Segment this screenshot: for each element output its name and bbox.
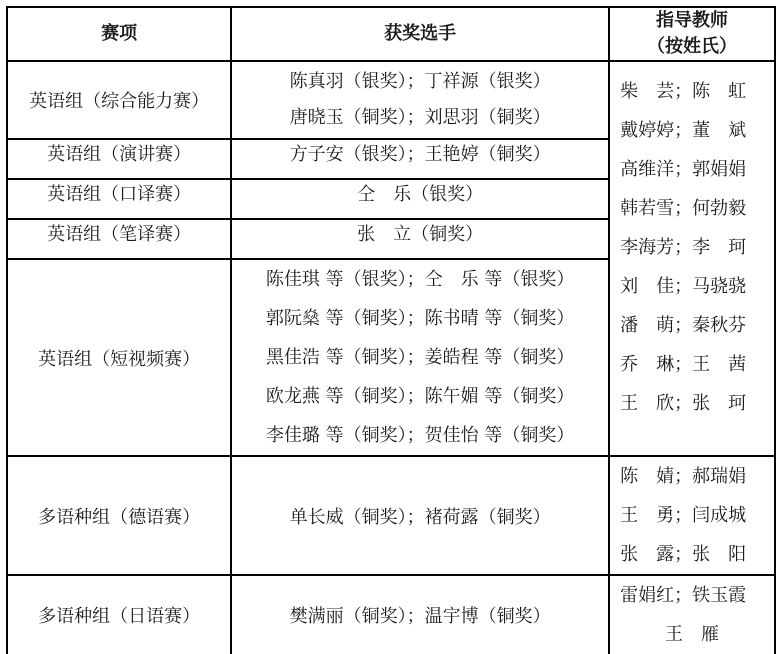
event-cell: 英语组（口译赛） [7,179,231,219]
header-winners: 获奖选手 [231,7,609,61]
table-row: 多语种组（德语赛） 单长威（铜奖）；褚荷露（铜奖） 陈 婧；郝瑞娟 王 勇；闫成… [7,456,775,575]
teachers-cell-japanese: 雷娟红；铁玉霞 王 雁 [609,575,775,654]
awards-table: 赛项 获奖选手 指导教师 （按姓氏） 英语组（综合能力赛） 陈真羽（银奖）；丁祥… [6,6,776,654]
winners-cell: 樊满丽（铜奖）；温宇博（铜奖） [231,575,609,654]
teacher-line: 王 欣；张 珂 [620,384,774,423]
winner-line: 陈真羽（银奖）；丁祥源（银奖） [232,64,608,100]
event-cell: 英语组（短视频赛） [7,259,231,456]
teacher-line: 陈 婧；郝瑞娟 [620,457,774,496]
teacher-line: 王 雁 [620,615,774,654]
winners-cell: 方子安（银奖）；王艳婷（铜奖） [231,139,609,179]
teacher-line: 潘 萌；秦秋芬 [620,306,774,345]
teacher-line: 高维洋；郭娟娟 [620,150,774,189]
header-teachers: 指导教师 （按姓氏） [609,7,775,61]
winner-line: 黑佳浩 等（铜奖）；姜皓程 等（铜奖） [232,338,608,377]
winner-line: 陈佳琪 等（银奖）；仝 乐 等（银奖） [232,260,608,299]
winners-cell: 张 立（铜奖） [231,219,609,259]
winner-line: 郭阮燊 等（铜奖）；陈书晴 等（铜奖） [232,299,608,338]
teacher-line: 李海芳；李 珂 [620,228,774,267]
winner-line: 唐晓玉（铜奖）；刘思羽（铜奖） [232,100,608,136]
teacher-line: 王 勇；闫成城 [620,496,774,535]
teacher-line: 韩若雪；何勃毅 [620,189,774,228]
event-cell: 多语种组（德语赛） [7,456,231,575]
teacher-line: 乔 琳；王 茜 [620,345,774,384]
header-teachers-title: 指导教师 [610,8,774,34]
event-cell: 英语组（综合能力赛） [7,61,231,139]
teacher-line: 刘 佳；马骁骁 [620,267,774,306]
teacher-line: 戴婷婷；董 斌 [620,111,774,150]
winners-cell: 单长威（铜奖）；褚荷露（铜奖） [231,456,609,575]
teachers-cell-german: 陈 婧；郝瑞娟 王 勇；闫成城 张 露；张 阳 [609,456,775,575]
teachers-cell-english: 柴 芸；陈 虹 戴婷婷；董 斌 高维洋；郭娟娟 韩若雪；何勃毅 李海芳；李 珂 … [609,61,775,456]
event-cell: 英语组（笔译赛） [7,219,231,259]
table-row: 多语种组（日语赛） 樊满丽（铜奖）；温宇博（铜奖） 雷娟红；铁玉霞 王 雁 [7,575,775,654]
header-teachers-note: （按姓氏） [610,34,774,60]
winners-cell: 陈真羽（银奖）；丁祥源（银奖） 唐晓玉（铜奖）；刘思羽（铜奖） [231,61,609,139]
winner-line: 欧龙燕 等（铜奖）；陈午媚 等（铜奖） [232,377,608,416]
winner-line: 李佳璐 等（铜奖）；贺佳怡 等（铜奖） [232,416,608,455]
event-cell: 英语组（演讲赛） [7,139,231,179]
teacher-line: 柴 芸；陈 虹 [620,72,774,111]
header-row: 赛项 获奖选手 指导教师 （按姓氏） [7,7,775,61]
table-row: 英语组（综合能力赛） 陈真羽（银奖）；丁祥源（银奖） 唐晓玉（铜奖）；刘思羽（铜… [7,61,775,139]
header-event: 赛项 [7,7,231,61]
teacher-line: 张 露；张 阳 [620,535,774,574]
teacher-line: 雷娟红；铁玉霞 [620,576,774,615]
winners-cell: 陈佳琪 等（银奖）；仝 乐 等（银奖） 郭阮燊 等（铜奖）；陈书晴 等（铜奖） … [231,259,609,456]
winners-cell: 仝 乐（银奖） [231,179,609,219]
event-cell: 多语种组（日语赛） [7,575,231,654]
